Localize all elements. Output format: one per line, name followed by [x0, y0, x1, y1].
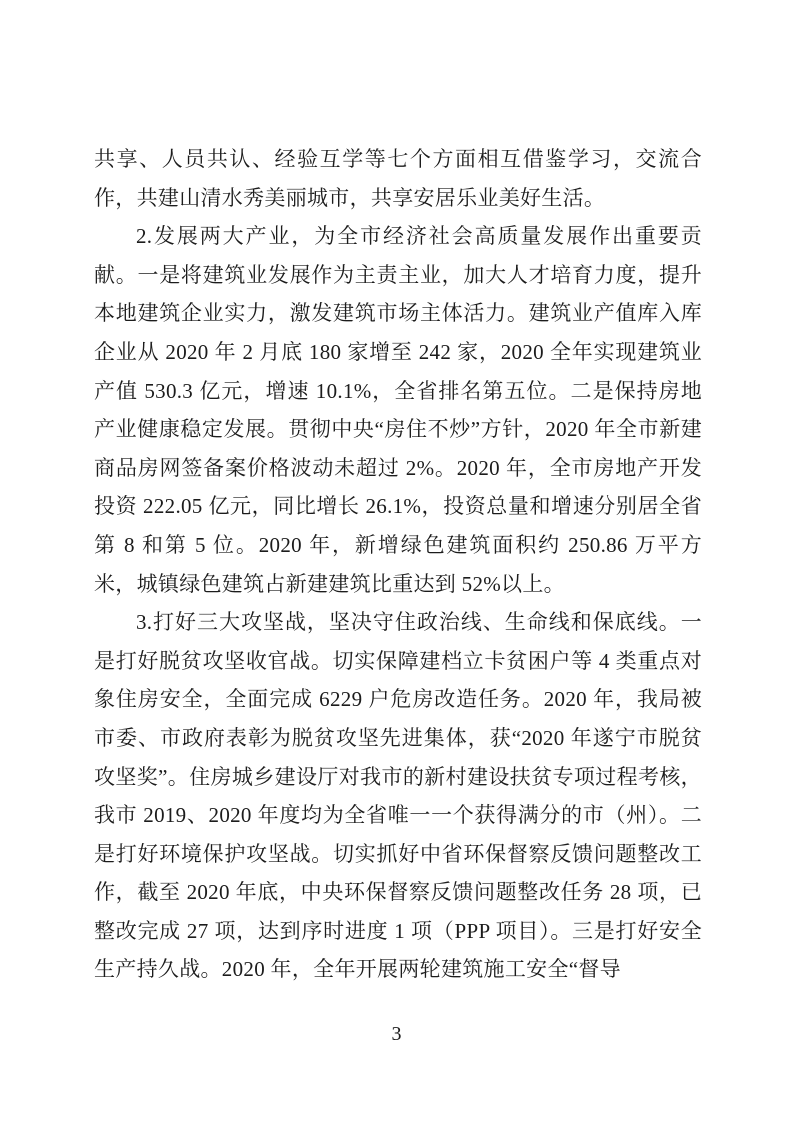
document-body: 共享、人员共认、经验互学等七个方面相互借鉴学习，交流合作，共建山清水秀美丽城市，…: [94, 140, 702, 989]
paragraph: 2.发展两大产业，为全市经济社会高质量发展作出重要贡献。一是将建筑业发展作为主责…: [94, 217, 702, 603]
document-page: 共享、人员共认、经验互学等七个方面相互借鉴学习，交流合作，共建山清水秀美丽城市，…: [0, 0, 793, 1122]
paragraph: 共享、人员共认、经验互学等七个方面相互借鉴学习，交流合作，共建山清水秀美丽城市，…: [94, 140, 702, 217]
page-number: 3: [0, 1020, 793, 1048]
paragraph: 3.打好三大攻坚战，坚决守住政治线、生命线和保底线。一是打好脱贫攻坚收官战。切实…: [94, 603, 702, 989]
